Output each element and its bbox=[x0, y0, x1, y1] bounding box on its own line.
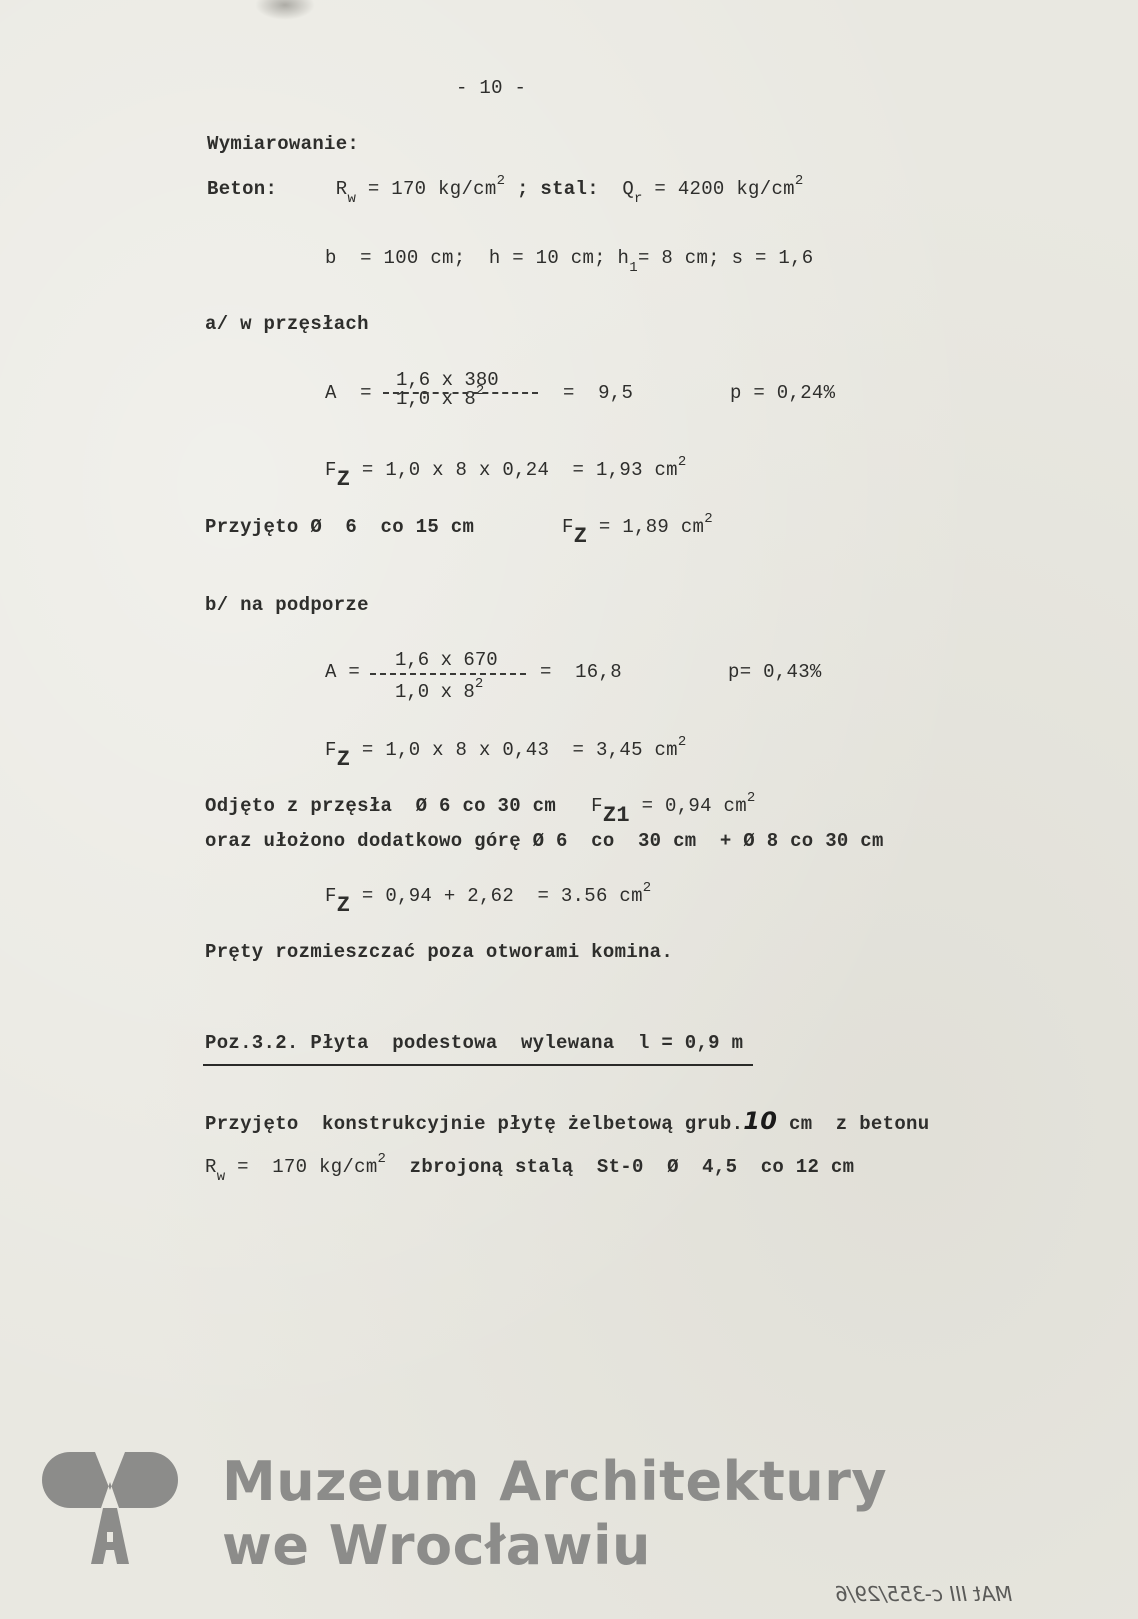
stal-label: ; stal: bbox=[505, 178, 622, 200]
fz1-sub: Z1 bbox=[603, 803, 630, 828]
section-a-adopted: Przyjęto Ø 6 co 15 cm bbox=[205, 516, 474, 538]
section-a-label: a/ w przęsłach bbox=[205, 313, 369, 335]
fz-symbol: F bbox=[562, 516, 574, 538]
watermark-line1: Muzeum Architektury bbox=[222, 1450, 887, 1514]
section-b-Fz-total: FZ = 0,94 + 2,62 = 3.56 cm2 bbox=[325, 885, 651, 907]
page-number: - 10 - bbox=[456, 77, 526, 99]
fz-expr: = 1,89 cm bbox=[587, 516, 704, 538]
section-a-A-label: A = bbox=[325, 382, 372, 404]
line2-text-a: = 170 kg/cm bbox=[225, 1156, 377, 1178]
section-a-p: p = 0,24% bbox=[730, 382, 835, 404]
fz-exp: 2 bbox=[678, 734, 687, 750]
fz1-value: = 0,94 cm bbox=[630, 795, 747, 817]
title-underline bbox=[203, 1064, 753, 1066]
rw-sub: w bbox=[347, 191, 356, 207]
section-b-den-text: 1,0 x 8 bbox=[395, 681, 475, 703]
section-b-taken: Odjęto z przęsła Ø 6 co 30 cm FZ1 = 0,94… bbox=[205, 795, 756, 817]
scan-smudge bbox=[255, 0, 315, 20]
section-a-adopted-Fz: FZ = 1,89 cm2 bbox=[562, 516, 713, 538]
line1-text-a: Przyjęto konstrukcyjnie płytę żelbetową … bbox=[205, 1113, 743, 1135]
qr-sub: r bbox=[634, 191, 643, 207]
line1-text-b: cm z betonu bbox=[777, 1113, 929, 1135]
beton-label: Beton: bbox=[207, 178, 277, 200]
fz-sub: Z bbox=[574, 524, 588, 549]
rw-value: = 170 kg/cm bbox=[356, 178, 496, 200]
fz-sub: Z bbox=[337, 747, 351, 772]
qr-exponent: 2 bbox=[795, 173, 804, 189]
h1-sub: 1 bbox=[629, 260, 638, 276]
dimensions-part1: b = 100 cm; h = 10 cm; h bbox=[325, 247, 629, 269]
section-b-A-label: A = bbox=[325, 661, 360, 683]
section-a-A-result: = 9,5 bbox=[563, 382, 633, 404]
fz-total-expr: = 0,94 + 2,62 = 3.56 cm bbox=[350, 885, 643, 907]
position-3-2-title: Poz.3.2. Płyta podestowa wylewana l = 0,… bbox=[205, 1032, 743, 1054]
dimensions-part2: = 8 cm; s = 1,6 bbox=[638, 247, 814, 269]
museum-watermark: Muzeum Architektury we Wrocławiu bbox=[222, 1450, 887, 1578]
materials-line: Beton: Rw = 170 kg/cm2 ; stal: Qr = 4200… bbox=[207, 178, 804, 200]
rw-exponent: 2 bbox=[497, 173, 506, 189]
museum-logo-icon bbox=[35, 1452, 185, 1564]
section-b-Fz: FZ = 1,0 x 8 x 0,43 = 3,45 cm2 bbox=[325, 739, 687, 761]
fz-sub: Z bbox=[337, 893, 351, 918]
line2-exp: 2 bbox=[378, 1151, 387, 1167]
line2-text-b: zbrojoną stalą St-0 Ø 4,5 co 12 cm bbox=[386, 1156, 854, 1178]
qr-value: = 4200 kg/cm bbox=[643, 178, 795, 200]
fz-expr: = 1,0 x 8 x 0,43 = 3,45 cm bbox=[350, 739, 678, 761]
fz-exp: 2 bbox=[643, 880, 652, 896]
section-a-Fz: FZ = 1,0 x 8 x 0,24 = 1,93 cm2 bbox=[325, 459, 687, 481]
fz-symbol: F bbox=[325, 459, 337, 481]
fz-expr: = 1,0 x 8 x 0,24 = 1,93 cm bbox=[350, 459, 678, 481]
fz-symbol: F bbox=[325, 739, 337, 761]
fz-symbol: F bbox=[325, 885, 337, 907]
section-b-A-result: = 16,8 bbox=[540, 661, 622, 683]
inventory-mark: MAt III c-355/29/6 bbox=[835, 1582, 1012, 1606]
section-b-fraction-bar bbox=[370, 673, 526, 675]
fz1-exp: 2 bbox=[747, 790, 756, 806]
section-b-note: Pręty rozmieszczać poza otworami komina. bbox=[205, 941, 673, 963]
fz-exp: 2 bbox=[678, 454, 687, 470]
dimensions-line: b = 100 cm; h = 10 cm; h1= 8 cm; s = 1,6 bbox=[325, 247, 813, 269]
rw-symbol: R bbox=[336, 178, 348, 200]
taken-text: Odjęto z przęsła Ø 6 co 30 cm bbox=[205, 795, 556, 817]
position-3-2-line2: Rw = 170 kg/cm2 zbrojoną stalą St-0 Ø 4,… bbox=[205, 1156, 854, 1178]
section-a-fraction-bar bbox=[383, 392, 538, 394]
fz-exp: 2 bbox=[704, 511, 713, 527]
rw-symbol: R bbox=[205, 1156, 217, 1178]
section-b-label: b/ na podporze bbox=[205, 594, 369, 616]
position-3-2-line1: Przyjęto konstrukcyjnie płytę żelbetową … bbox=[205, 1110, 929, 1135]
section-a-den-exp: 2 bbox=[476, 383, 484, 399]
section-b-p: p= 0,43% bbox=[728, 661, 822, 683]
section-b-additional: oraz ułożono dodatkowo górę Ø 6 co 30 cm… bbox=[205, 830, 884, 852]
fz1-symbol: F bbox=[591, 795, 603, 817]
fz-sub: Z bbox=[337, 467, 351, 492]
heading-wymiarowanie: Wymiarowanie: bbox=[207, 133, 359, 155]
watermark-line2: we Wrocławiu bbox=[222, 1514, 887, 1578]
section-b-denominator: 1,0 x 82 bbox=[395, 681, 483, 703]
section-b-den-exp: 2 bbox=[475, 676, 483, 692]
qr-symbol: Q bbox=[622, 178, 634, 200]
section-b-numerator: 1,6 x 670 bbox=[395, 649, 498, 671]
handwritten-thickness: 10 bbox=[743, 1107, 777, 1135]
